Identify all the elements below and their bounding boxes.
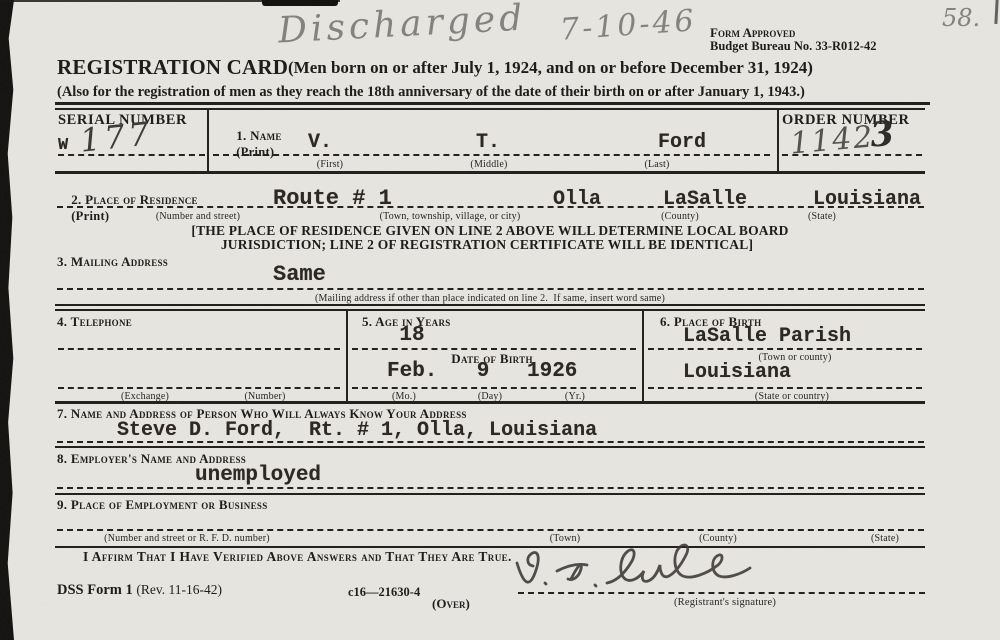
handwritten-corner-number: 58. <box>942 4 980 32</box>
print-code: c16—21630-4 <box>348 585 420 600</box>
form-id-text: DSS Form 1 <box>57 582 133 598</box>
telephone-dotted-line-2 <box>58 387 340 389</box>
dob-dotted-line <box>352 387 636 389</box>
residence-label-paren: (Print) <box>71 209 109 223</box>
serial-prefix: W <box>58 136 68 155</box>
row1-top-rule <box>55 108 925 110</box>
affirmation-text: I Affirm That I Have Verified Above Answ… <box>83 549 512 565</box>
sub-label-emp-state: (State) <box>871 533 899 544</box>
jurisdiction-notice-line2: JURISDICTION; LINE 2 OF REGISTRATION CER… <box>221 237 753 253</box>
age-value: 18 <box>399 324 424 347</box>
age-dotted-line <box>352 348 636 350</box>
scan-edge-left <box>0 0 14 640</box>
dob-month-value: Feb. <box>387 360 437 383</box>
name-label-paren: (Print) <box>236 145 274 159</box>
name-label: 1. Name (Print) <box>222 112 282 176</box>
mailing-label: 3. Mailing Address <box>57 254 168 270</box>
card-title: REGISTRATION CARD <box>57 55 288 80</box>
card-subtitle: (Also for the registration of men as the… <box>57 84 805 101</box>
row456-divider-2 <box>642 311 644 402</box>
name-first-value: V. <box>308 131 332 154</box>
row9-bottom-rule <box>55 546 925 548</box>
name-dotted-line <box>213 154 770 156</box>
row7-bottom-rule <box>55 446 925 448</box>
residence-dotted-line <box>57 206 924 208</box>
budget-bureau-line: Budget Bureau No. 33-R012-42 <box>710 39 876 54</box>
scan-edge-top-right <box>994 0 998 24</box>
birthplace-dotted-line-2 <box>648 387 922 389</box>
employment-label: 9. Place of Employment or Business <box>57 497 268 513</box>
sub-label-town-township: (Town, township, village, or city) <box>380 211 521 222</box>
employment-dotted-line <box>57 529 924 531</box>
scan-edge-top-blob <box>262 0 338 6</box>
name-middle-value: T. <box>476 131 500 154</box>
residence-label: 2. Place of Residence (Print) <box>57 176 198 240</box>
birthplace-value: LaSalle Parish <box>683 325 851 348</box>
dob-day-value: 9 <box>477 360 490 383</box>
contact-value: Steve D. Ford, Rt. # 1, Olla, Louisiana <box>117 419 597 442</box>
residence-label-text: 2. Place of Residence <box>71 192 198 207</box>
mailing-double-rule <box>55 304 925 311</box>
registrant-signature <box>505 541 755 599</box>
sub-label-rfd-number: (Number and street or R. F. D. number) <box>104 533 270 544</box>
birth-state-value: Louisiana <box>683 361 791 384</box>
card-title-note: (Men born on or after July 1, 1924, and … <box>288 58 813 78</box>
order-value-overwrite: 3 <box>869 113 898 155</box>
sub-label-last: (Last) <box>644 159 669 170</box>
sub-label-state: (State) <box>808 211 836 222</box>
row1-bottom-rule <box>55 171 925 174</box>
registration-card-scan: Discharged 7-10-46 58. Form Approved Bud… <box>0 0 1000 640</box>
sub-label-number-street: (Number and street) <box>156 211 240 222</box>
form-id: DSS Form 1 (Rev. 11-16-42) <box>57 582 222 599</box>
row8-bottom-rule <box>55 493 925 495</box>
sub-label-registrant-signature: (Registrant's signature) <box>674 597 776 608</box>
order-dotted-line <box>782 154 922 156</box>
serial-value-handwritten: 177 <box>78 114 155 159</box>
name-last-value: Ford <box>658 131 706 154</box>
employer-dotted-line <box>57 487 924 489</box>
serial-dotted-line <box>58 154 205 156</box>
name-label-text: 1. Name <box>236 128 282 143</box>
row456-bottom-rule <box>55 401 925 404</box>
contact-dotted-line <box>57 441 924 443</box>
sub-label-mailing: (Mailing address if other than place ind… <box>315 293 665 304</box>
sub-label-first: (First) <box>317 159 343 170</box>
sub-label-middle: (Middle) <box>470 159 507 170</box>
dob-label: Date of Birth <box>451 351 532 367</box>
dob-year-value: 1926 <box>527 360 577 383</box>
birthplace-dotted-line-1 <box>648 348 922 350</box>
telephone-label: 4. Telephone <box>57 314 132 330</box>
signature-dotted-line <box>518 592 925 594</box>
handwritten-discharge-date: 7-10-46 <box>559 3 698 47</box>
row456-divider-1 <box>346 311 348 402</box>
subtitle-rule <box>55 102 930 105</box>
employer-value: unemployed <box>195 464 321 487</box>
mailing-value: Same <box>273 262 326 287</box>
over-label: (Over) <box>432 596 470 612</box>
telephone-dotted-line-1 <box>58 348 340 350</box>
row1-divider-2 <box>777 108 779 172</box>
sub-label-county: (County) <box>661 211 699 222</box>
handwritten-discharged-note: Discharged <box>277 0 527 51</box>
mailing-dotted-line <box>57 288 924 290</box>
form-revision: (Rev. 11-16-42) <box>136 582 222 597</box>
row1-divider-1 <box>207 108 209 172</box>
